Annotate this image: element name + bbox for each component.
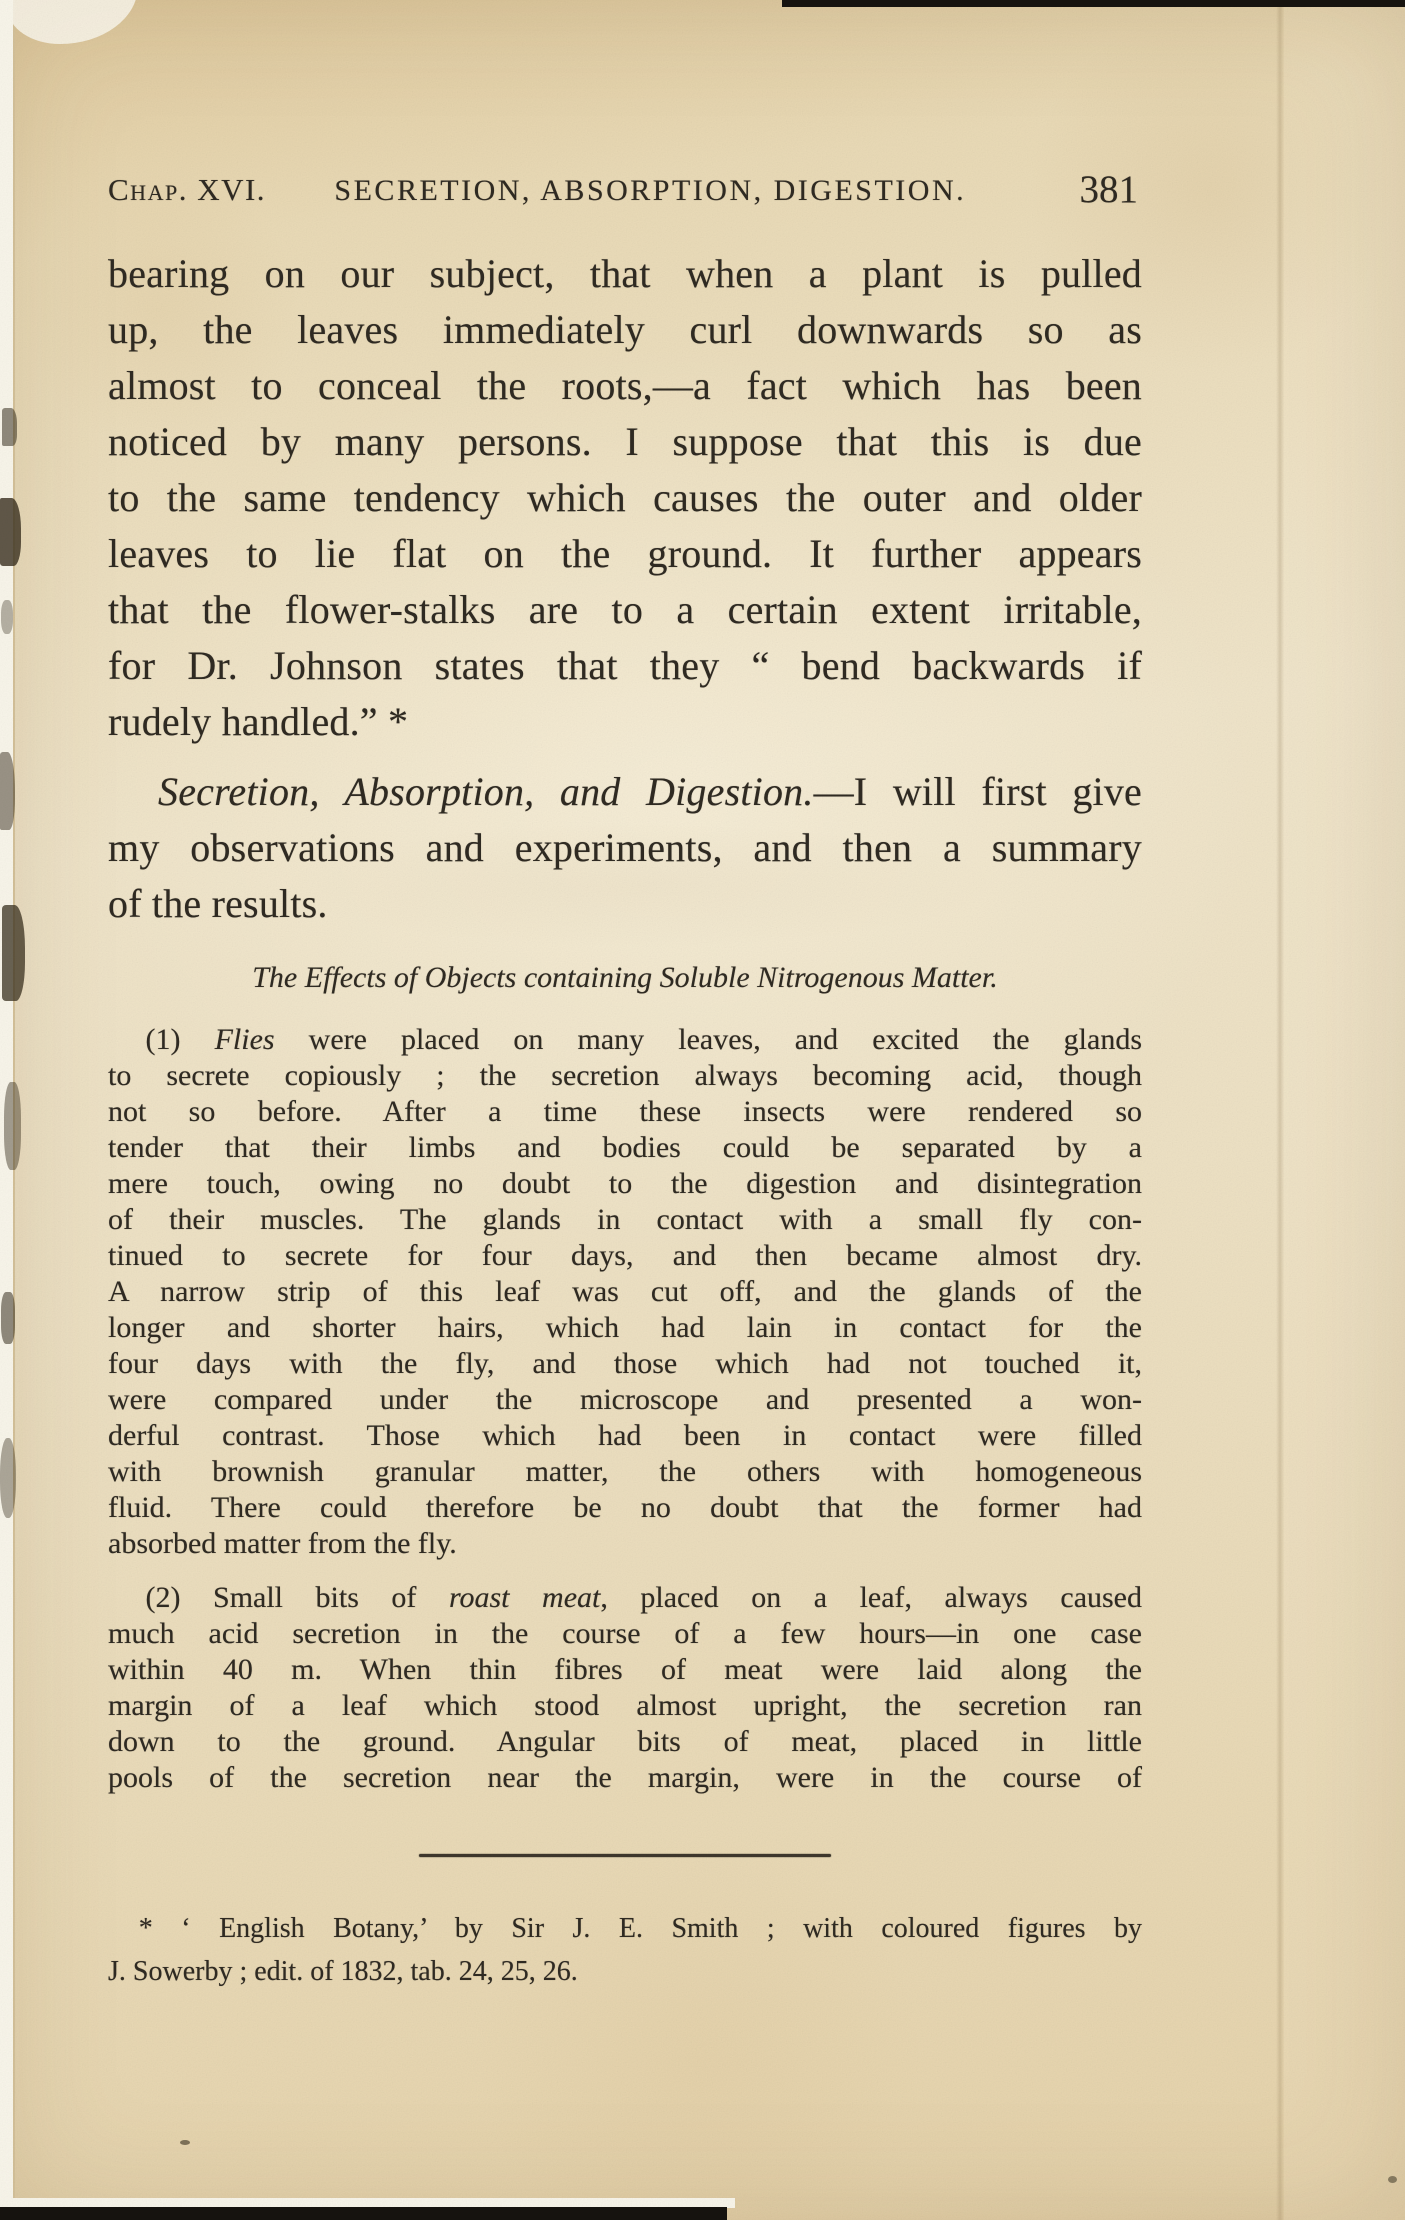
text-run: were compared under the microscope and p… bbox=[108, 1383, 1142, 1416]
text-run: absorbed matter from the fly. bbox=[108, 1527, 457, 1560]
text-line: tender that their limbs and bodies could… bbox=[108, 1130, 1142, 1166]
text-run: tinued to secrete for four days, and the… bbox=[108, 1239, 1142, 1272]
text-line: bearing on our subject, that when a plan… bbox=[108, 246, 1142, 302]
text-run: fluid. There could therefore be no doubt… bbox=[108, 1491, 1142, 1524]
text-line: Secretion, Absorption, and Digestion.—I … bbox=[108, 764, 1142, 820]
text-line: * ‘ English Botany,’ by Sir J. E. Smith … bbox=[108, 1907, 1142, 1950]
text-run: my observations and experiments, and the… bbox=[108, 825, 1142, 870]
text-line: fluid. There could therefore be no doubt… bbox=[108, 1490, 1142, 1526]
text-run: J. Sowerby ; edit. of 1832, tab. 24, 25,… bbox=[108, 1956, 578, 1987]
scan-top-edge-bar bbox=[782, 0, 1405, 7]
scan-artifact-mark bbox=[1, 600, 13, 634]
text-run: almost to conceal the roots,—a fact whic… bbox=[108, 363, 1142, 408]
text-run: for Dr. Johnson states that they “ bend … bbox=[108, 643, 1142, 688]
text-line: that the flower-stalks are to a certain … bbox=[108, 582, 1142, 638]
text-run: to secrete copiously ; the secretion alw… bbox=[108, 1059, 1142, 1092]
footnote-separator-rule bbox=[419, 1854, 831, 1857]
text-run: four days with the fly, and those which … bbox=[108, 1347, 1142, 1380]
paragraph-experiment-flies: (1) Flies were placed on many leaves, an… bbox=[108, 1022, 1142, 1562]
text-run: within 40 m. When thin fibres of meat we… bbox=[108, 1653, 1142, 1686]
text-run: (2) Small bits of bbox=[146, 1581, 449, 1614]
text-line: A narrow strip of this leaf was cut off,… bbox=[108, 1274, 1142, 1310]
text-line: to secrete copiously ; the secretion alw… bbox=[108, 1058, 1142, 1094]
text-run: rudely handled.” * bbox=[108, 699, 408, 744]
text-run: not so before. After a time these insect… bbox=[108, 1095, 1142, 1128]
text-run: tender that their limbs and bodies could… bbox=[108, 1131, 1142, 1164]
text-line: (1) Flies were placed on many leaves, an… bbox=[108, 1022, 1142, 1058]
text-run: bearing on our subject, that when a plan… bbox=[108, 251, 1142, 296]
text-line: within 40 m. When thin fibres of meat we… bbox=[108, 1652, 1142, 1688]
scan-artifact-mark bbox=[0, 752, 15, 830]
text-line: not so before. After a time these insect… bbox=[108, 1094, 1142, 1130]
text-run: A narrow strip of this leaf was cut off,… bbox=[108, 1275, 1142, 1308]
scan-artifact-mark bbox=[0, 1438, 16, 1518]
text-line: margin of a leaf which stood almost upri… bbox=[108, 1688, 1142, 1724]
text-line: with brownish granular matter, the other… bbox=[108, 1454, 1142, 1490]
text-run: that the flower-stalks are to a certain … bbox=[108, 587, 1142, 632]
text-run: longer and shorter hairs, which had lain… bbox=[108, 1311, 1142, 1344]
text-run: (1) bbox=[146, 1023, 215, 1056]
text-run: pools of the secretion near the margin, … bbox=[108, 1761, 1142, 1794]
scan-artifact-speck bbox=[180, 2140, 190, 2145]
text-line: leaves to lie flat on the ground. It fur… bbox=[108, 526, 1142, 582]
chapter-label: Chap. XVI. bbox=[108, 172, 266, 208]
running-title: SECRETION, ABSORPTION, DIGESTION. bbox=[334, 174, 966, 208]
text-line: for Dr. Johnson states that they “ bend … bbox=[108, 638, 1142, 694]
text-line: derful contrast. Those which had been in… bbox=[108, 1418, 1142, 1454]
scan-artifact-mark bbox=[0, 498, 21, 566]
book-page-scan: Chap. XVI. SECRETION, ABSORPTION, DIGEST… bbox=[0, 0, 1405, 2220]
footnote: * ‘ English Botany,’ by Sir J. E. Smith … bbox=[108, 1907, 1142, 1993]
text-line: much acid secretion in the course of a f… bbox=[108, 1616, 1142, 1652]
page-edge-shadow bbox=[1276, 0, 1284, 2220]
scan-artifact-mark bbox=[2, 905, 25, 1001]
text-run: , placed on a leaf, always caused bbox=[600, 1581, 1142, 1614]
paragraph-experiment-roast-meat: (2) Small bits of roast meat, placed on … bbox=[108, 1580, 1142, 1796]
text-run: with brownish granular matter, the other… bbox=[108, 1455, 1142, 1488]
text-run: mere touch, owing no doubt to the digest… bbox=[108, 1167, 1142, 1200]
scan-artifact-mark bbox=[4, 1082, 21, 1170]
text-run: to the same tendency which causes the ou… bbox=[108, 475, 1142, 520]
italic-text-run: Secretion, Absorption, and Digestion. bbox=[158, 769, 814, 814]
text-run: up, the leaves immediately curl downward… bbox=[108, 307, 1142, 352]
text-line: to the same tendency which causes the ou… bbox=[108, 470, 1142, 526]
text-run: of their muscles. The glands in contact … bbox=[108, 1203, 1142, 1236]
text-column: bearing on our subject, that when a plan… bbox=[108, 246, 1142, 1993]
text-run: leaves to lie flat on the ground. It fur… bbox=[108, 531, 1142, 576]
text-line: J. Sowerby ; edit. of 1832, tab. 24, 25,… bbox=[108, 1950, 1142, 1993]
italic-text-run: The Effects of Objects containing Solubl… bbox=[252, 961, 997, 994]
italic-text-run: Flies bbox=[215, 1023, 275, 1056]
text-run: derful contrast. Those which had been in… bbox=[108, 1419, 1142, 1452]
text-line: tinued to secrete for four days, and the… bbox=[108, 1238, 1142, 1274]
text-run: much acid secretion in the course of a f… bbox=[108, 1617, 1142, 1650]
text-run: of the results. bbox=[108, 881, 328, 926]
text-line: noticed by many persons. I suppose that … bbox=[108, 414, 1142, 470]
text-line: longer and shorter hairs, which had lain… bbox=[108, 1310, 1142, 1346]
section-heading: The Effects of Objects containing Solubl… bbox=[108, 960, 1142, 996]
running-header: Chap. XVI. SECRETION, ABSORPTION, DIGEST… bbox=[108, 160, 1142, 212]
text-line: mere touch, owing no doubt to the digest… bbox=[108, 1166, 1142, 1202]
paragraph-secretion-intro: Secretion, Absorption, and Digestion.—I … bbox=[108, 764, 1142, 932]
adjacent-leaf-edge bbox=[1284, 0, 1405, 2220]
italic-text-run: roast meat bbox=[449, 1581, 600, 1614]
text-run: margin of a leaf which stood almost upri… bbox=[108, 1689, 1142, 1722]
text-line: down to the ground. Angular bits of meat… bbox=[108, 1724, 1142, 1760]
text-line: of the results. bbox=[108, 876, 1142, 932]
text-line: absorbed matter from the fly. bbox=[108, 1526, 1142, 1562]
text-line: pools of the secretion near the margin, … bbox=[108, 1760, 1142, 1796]
text-run: —I will first give bbox=[814, 769, 1142, 814]
text-line: of their muscles. The glands in contact … bbox=[108, 1202, 1142, 1238]
text-run: down to the ground. Angular bits of meat… bbox=[108, 1725, 1142, 1758]
text-line: were compared under the microscope and p… bbox=[108, 1382, 1142, 1418]
paragraph-continuation: bearing on our subject, that when a plan… bbox=[108, 246, 1142, 750]
page-number: 381 bbox=[1080, 167, 1139, 212]
text-line: up, the leaves immediately curl downward… bbox=[108, 302, 1142, 358]
text-line: almost to conceal the roots,—a fact whic… bbox=[108, 358, 1142, 414]
text-run: noticed by many persons. I suppose that … bbox=[108, 419, 1142, 464]
text-run: * ‘ English Botany,’ by Sir J. E. Smith … bbox=[139, 1913, 1142, 1944]
text-line: four days with the fly, and those which … bbox=[108, 1346, 1142, 1382]
torn-paper-corner bbox=[8, 0, 138, 44]
text-line: rudely handled.” * bbox=[108, 694, 1142, 750]
scan-artifact-mark bbox=[1, 1292, 15, 1344]
scan-artifact-mark bbox=[2, 408, 17, 446]
scan-bottom-edge-bar bbox=[0, 2207, 727, 2220]
text-line: my observations and experiments, and the… bbox=[108, 820, 1142, 876]
text-run: were placed on many leaves, and excited … bbox=[275, 1023, 1142, 1056]
text-line: (2) Small bits of roast meat, placed on … bbox=[108, 1580, 1142, 1616]
